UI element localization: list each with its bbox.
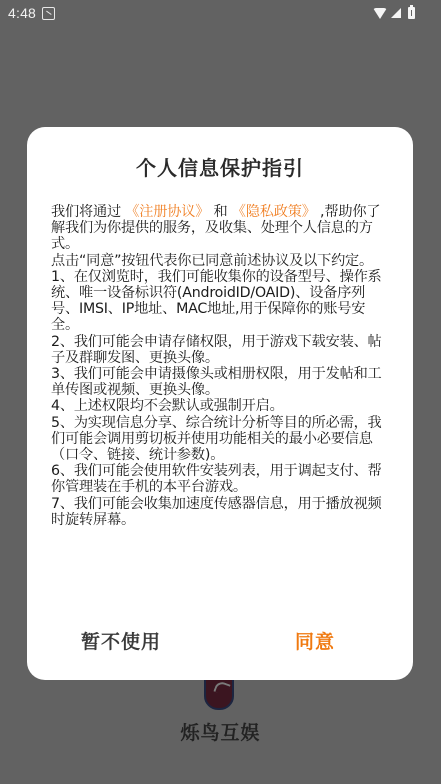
- clause-5: 5、为实现信息分享、综合统计分析等目的所必需，我们可能会调用剪切板并使用功能相关…: [51, 415, 393, 464]
- privacy-dialog: 个人信息保护指引 我们将通过 《注册协议》 和 《隐私政策》 ,帮助你了解我们为…: [27, 127, 413, 680]
- status-bar: 4:48: [0, 0, 441, 26]
- signal-icon: [391, 8, 401, 18]
- clause-6: 6、我们可能会使用软件安装列表，用于调起支付、帮你管理装在手机的本平台游戏。: [51, 463, 393, 495]
- intro-prefix: 我们将通过: [51, 204, 125, 220]
- privacy-policy-link[interactable]: 《隐私政策》: [232, 204, 316, 220]
- decline-button[interactable]: 暂不使用: [81, 627, 161, 654]
- intro-middle: 和: [209, 204, 232, 220]
- consent-paragraph: 点击“同意”按钮代表你已同意前述协议及以下约定。: [51, 253, 393, 269]
- notification-app-icon: [42, 7, 55, 20]
- eagle-shield-logo-icon: [204, 676, 234, 710]
- status-left: 4:48: [8, 5, 55, 21]
- status-right: [373, 7, 415, 19]
- clause-4: 4、上述权限均不会默认或强制开启。: [51, 398, 393, 414]
- terms-link[interactable]: 《注册协议》: [125, 204, 209, 220]
- clause-2: 2、我们可能会申请存储权限，用于游戏下载安装、帖子及群聊发图、更换头像。: [51, 334, 393, 366]
- clause-1: 1、在仅浏览时，我们可能收集你的设备型号、操作系统、唯一设备标识符(Androi…: [51, 269, 393, 334]
- intro-paragraph: 我们将通过 《注册协议》 和 《隐私政策》 ,帮助你了解我们为你提供的服务，及收…: [51, 204, 393, 253]
- clause-3: 3、我们可能会申请摄像头或相册权限，用于发帖和工单传图或视频、更换头像。: [51, 366, 393, 398]
- battery-charging-icon: [408, 7, 415, 19]
- clause-7: 7、我们可能会收集加速度传感器信息，用于播放视频时旋转屏幕。: [51, 496, 393, 528]
- status-time: 4:48: [8, 5, 36, 21]
- agree-button[interactable]: 同意: [295, 627, 335, 654]
- dialog-body: 我们将通过 《注册协议》 和 《隐私政策》 ,帮助你了解我们为你提供的服务，及收…: [51, 204, 393, 528]
- wifi-icon: [373, 8, 387, 19]
- app-name: 烁鸟互娱: [0, 718, 441, 745]
- dialog-title: 个人信息保护指引: [27, 152, 413, 181]
